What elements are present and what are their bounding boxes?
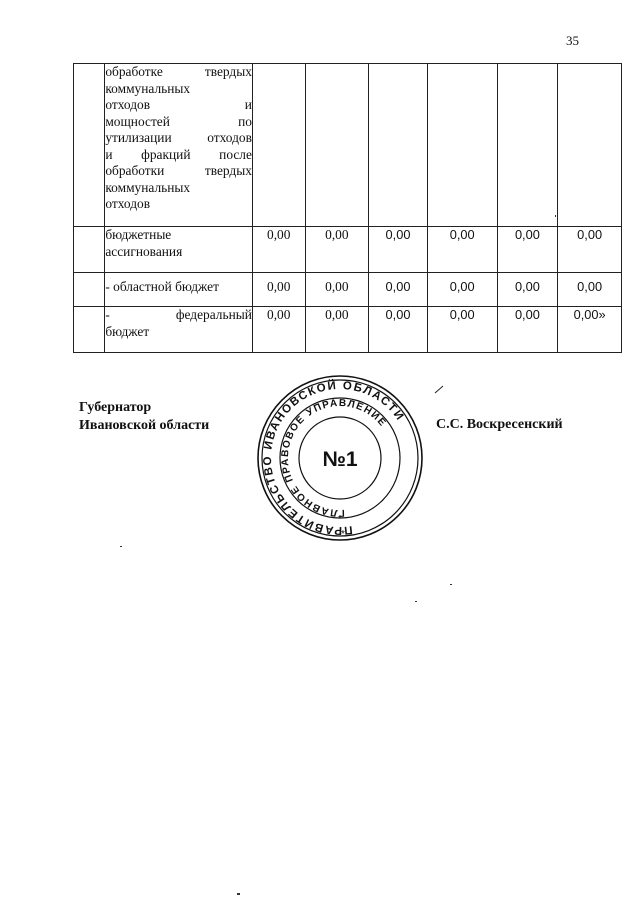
signature-mark-icon — [434, 384, 446, 394]
table-row-description-continued: обработке твердых коммунальных отходов и… — [74, 64, 622, 227]
table-row-regional-budget: - областной бюджет 0,00 0,00 0,00 0,00 0… — [74, 273, 622, 307]
scan-speck — [237, 893, 240, 895]
signatory-name: С.С. Воскресенский — [436, 417, 563, 433]
description-cell: - областной бюджет — [105, 273, 253, 307]
description-line: - федеральный — [105, 307, 252, 324]
description-line: и фракций после — [105, 147, 252, 164]
value-cell: 0,00 — [497, 307, 558, 353]
index-cell — [74, 64, 105, 227]
description-line: обработки твердых — [105, 163, 252, 180]
description-cell: бюджетные ассигнования — [105, 227, 253, 273]
value-cell: 0,00 — [497, 273, 558, 307]
description-line: отходов — [105, 196, 252, 213]
signatory-title: Губернатор Ивановской области — [79, 399, 209, 435]
value-cell: 0,00 — [427, 227, 497, 273]
value-cell: 0,00 — [427, 273, 497, 307]
scan-speck — [415, 601, 417, 602]
stamp-center-text: №1 — [322, 448, 357, 471]
index-cell — [74, 307, 105, 353]
description-line: коммунальных — [105, 81, 252, 98]
scan-speck — [555, 215, 556, 217]
index-cell — [74, 227, 105, 273]
description-line: бюджет — [105, 324, 252, 341]
value-cell — [427, 64, 497, 227]
description-cell: обработке твердых коммунальных отходов и… — [105, 64, 253, 227]
description-line: бюджетные — [105, 227, 252, 244]
signatory-title-line2: Ивановской области — [79, 417, 209, 435]
page-number: 35 — [566, 33, 579, 49]
budget-table: обработке твердых коммунальных отходов и… — [73, 63, 622, 353]
value-cell: 0,00 — [369, 273, 428, 307]
value-cell: 0,00 — [497, 227, 558, 273]
index-cell — [74, 273, 105, 307]
value-cell: 0,00 — [305, 227, 369, 273]
value-cell: 0,00 — [369, 227, 428, 273]
description-line: ассигнования — [105, 244, 252, 261]
stamp-star-outer: * — [341, 529, 345, 540]
value-cell — [369, 64, 428, 227]
value-cell: 0,00» — [558, 307, 622, 353]
value-cell: 0,00 — [305, 307, 369, 353]
scan-speck — [450, 584, 452, 585]
description-line: мощностей по — [105, 114, 252, 131]
scan-speck — [120, 546, 122, 547]
description-line: коммунальных — [105, 180, 252, 197]
value-cell — [252, 64, 305, 227]
description-line: утилизации отходов — [105, 130, 252, 147]
signatory-title-line1: Губернатор — [79, 399, 209, 417]
description-cell: - федеральный бюджет — [105, 307, 253, 353]
value-cell — [497, 64, 558, 227]
value-cell: 0,00 — [427, 307, 497, 353]
value-cell — [305, 64, 369, 227]
description-line: обработке твердых — [105, 64, 252, 81]
description-line: - областной бюджет — [105, 279, 252, 296]
value-cell: 0,00 — [252, 273, 305, 307]
value-cell: 0,00 — [558, 227, 622, 273]
value-cell: 0,00 — [558, 273, 622, 307]
value-cell: 0,00 — [369, 307, 428, 353]
official-seal-stamp: ПРАВИТЕЛЬСТВО ИВАНОВСКОЙ ОБЛАСТИ ГЛАВНОЕ… — [256, 374, 424, 542]
value-cell: 0,00 — [252, 227, 305, 273]
value-cell: 0,00 — [252, 307, 305, 353]
stamp-star-inner: * — [338, 514, 342, 525]
table-row-federal-budget: - федеральный бюджет 0,00 0,00 0,00 0,00… — [74, 307, 622, 353]
value-cell: 0,00 — [305, 273, 369, 307]
description-line: отходов и — [105, 97, 252, 114]
value-cell — [558, 64, 622, 227]
table-row-budget-allocations: бюджетные ассигнования 0,00 0,00 0,00 0,… — [74, 227, 622, 273]
